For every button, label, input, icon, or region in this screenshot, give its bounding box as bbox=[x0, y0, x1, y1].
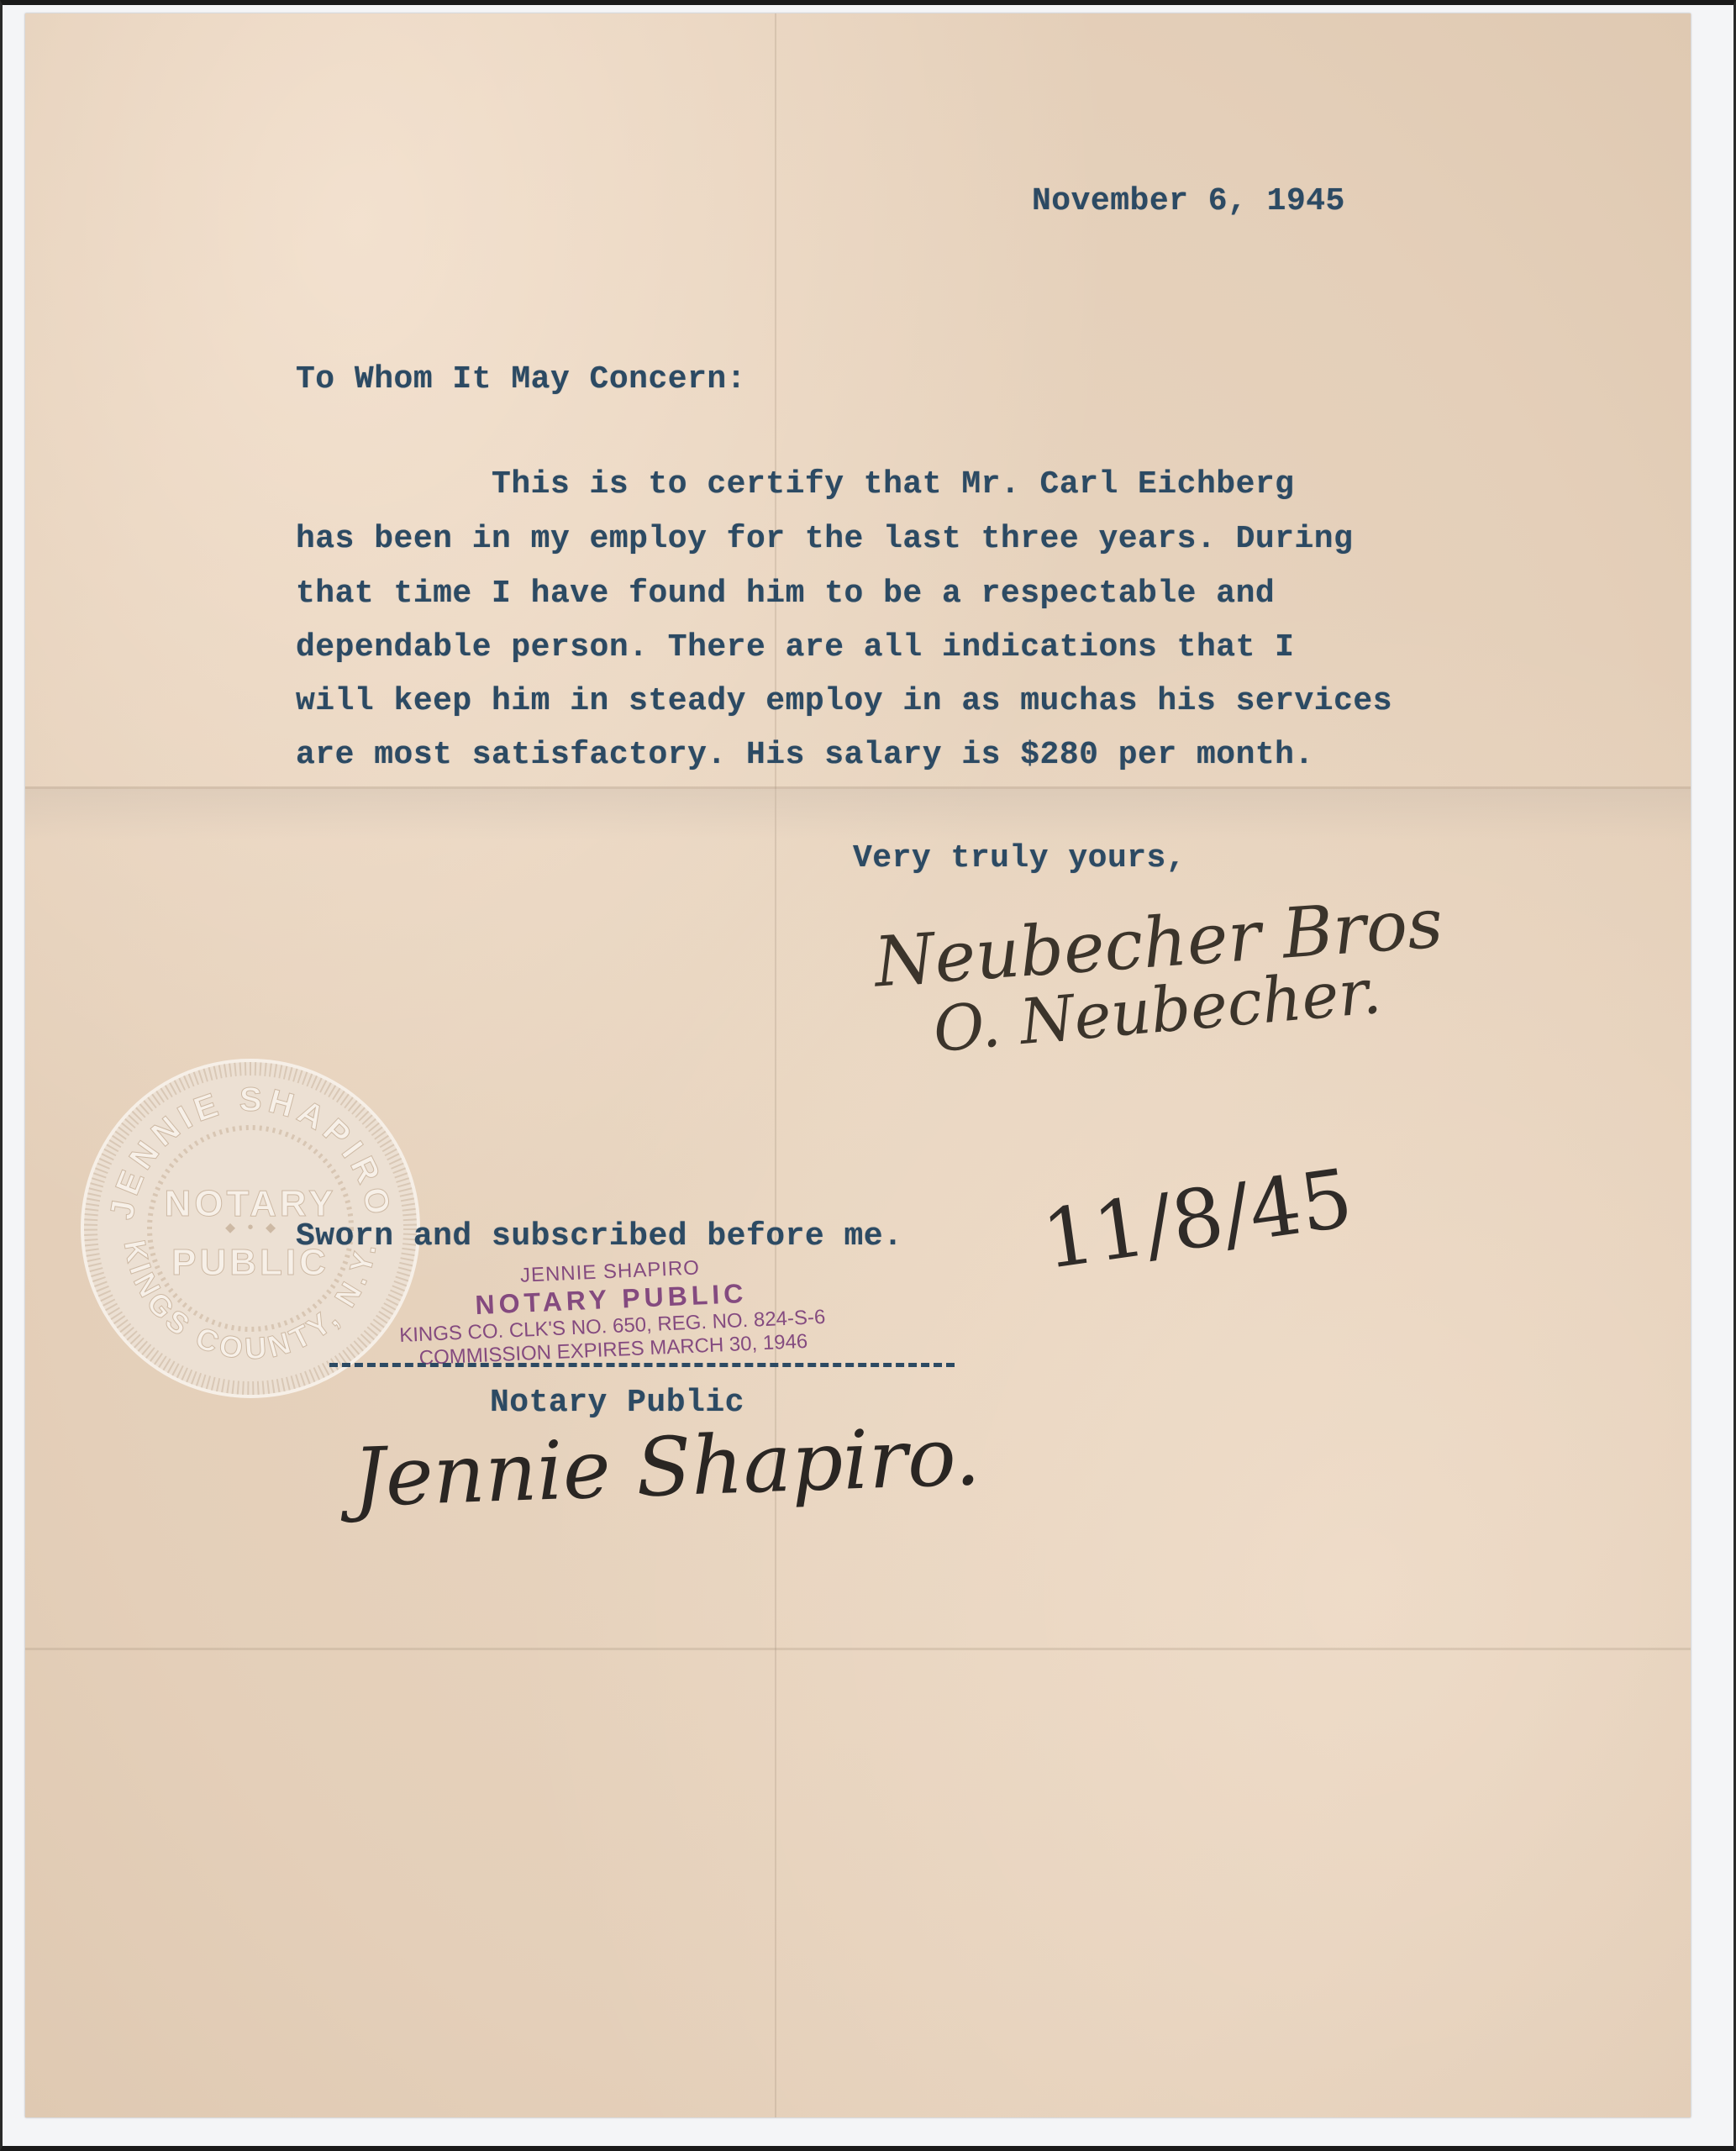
closing: Very truly yours, bbox=[853, 840, 1186, 876]
body-line: that time I have found him to be a respe… bbox=[296, 576, 1275, 612]
body-line: are most satisfactory. His salary is $28… bbox=[296, 737, 1314, 773]
svg-text:◆ • ◆: ◆ • ◆ bbox=[225, 1219, 276, 1239]
sworn-statement: Sworn and subscribed before me. bbox=[296, 1218, 902, 1254]
notary-stamp: JENNIE SHAPIRO NOTARY PUBLIC KINGS CO. C… bbox=[375, 1250, 850, 1372]
signature-line bbox=[329, 1363, 955, 1367]
body-line: dependable person. There are all indicat… bbox=[296, 629, 1295, 665]
fold-shadow bbox=[25, 789, 1691, 839]
body-line: This is to certify that Mr. Carl Eichber… bbox=[296, 466, 1295, 502]
horizontal-fold-lower bbox=[25, 1648, 1691, 1650]
vertical-fold bbox=[775, 13, 776, 2117]
notary-public-label: Notary Public bbox=[490, 1385, 744, 1421]
letter-date: November 6, 1945 bbox=[1032, 183, 1345, 219]
body-line: has been in my employ for the last three… bbox=[296, 521, 1353, 557]
body-line: will keep him in steady employ in as muc… bbox=[296, 683, 1392, 719]
salutation: To Whom It May Concern: bbox=[296, 361, 746, 397]
